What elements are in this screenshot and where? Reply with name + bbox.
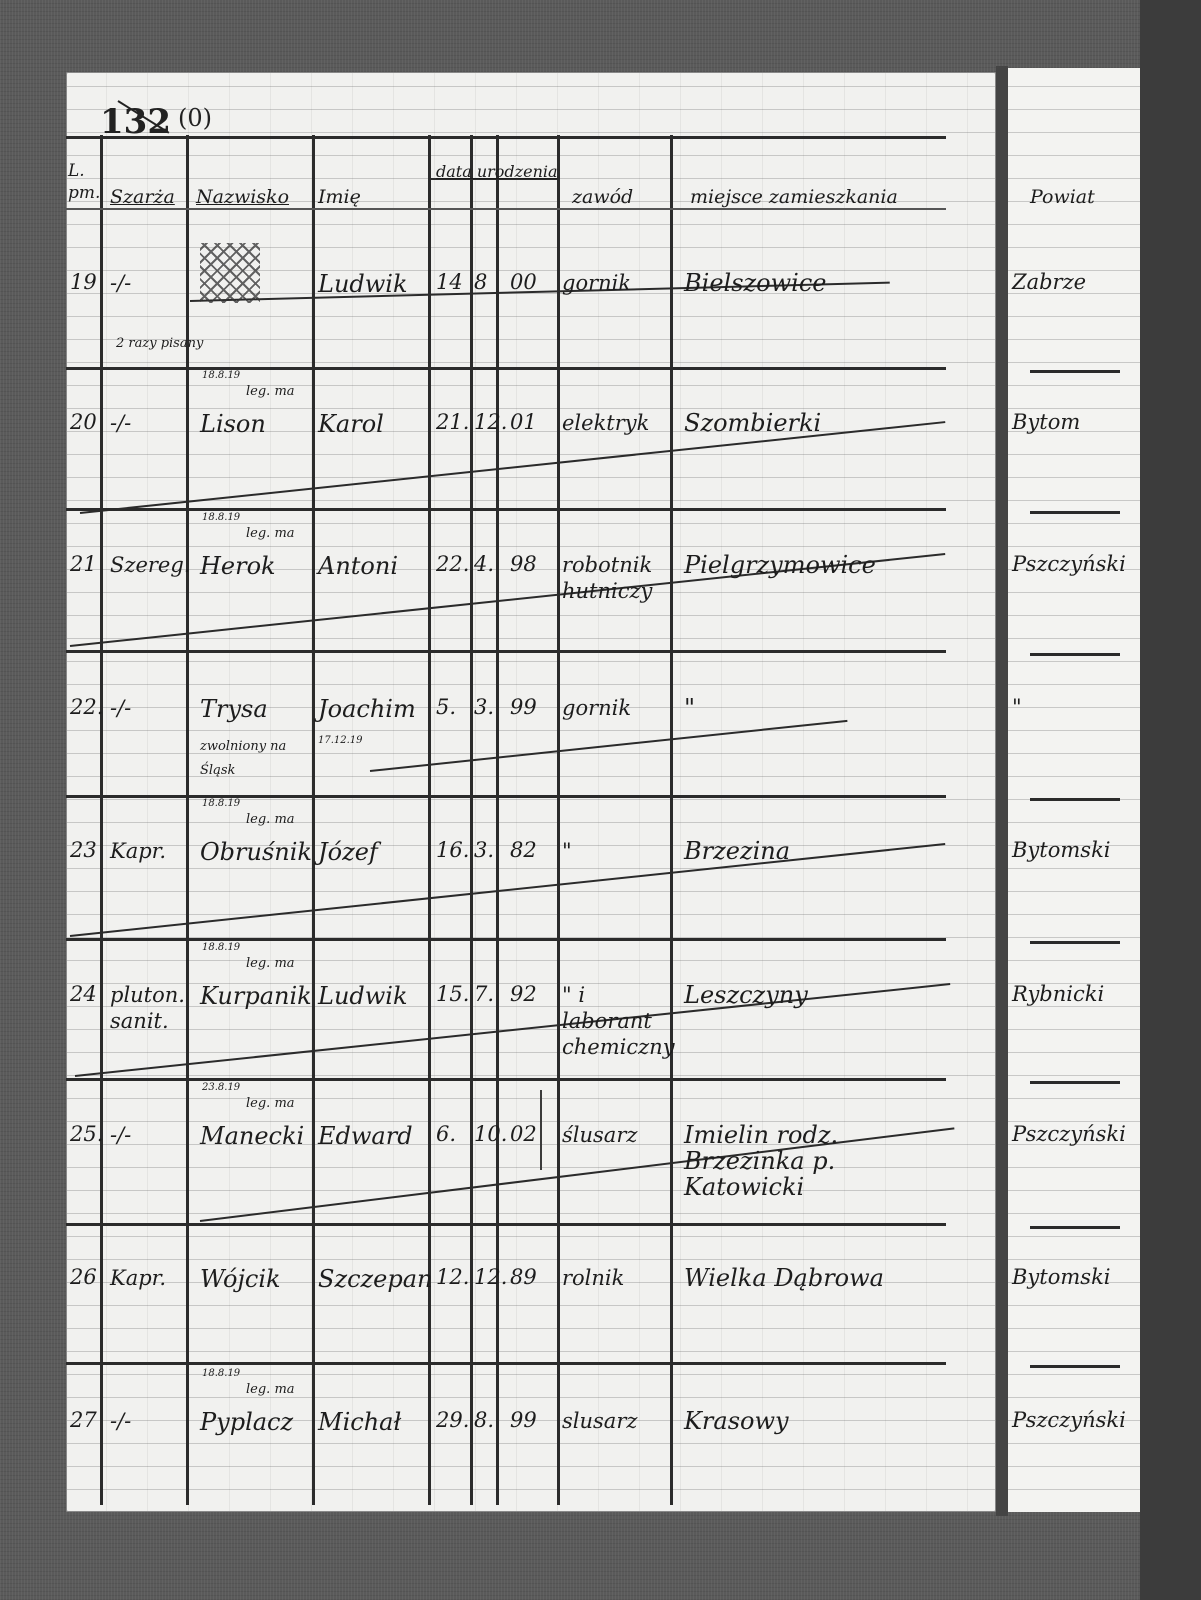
row-divider-right: [1030, 1226, 1120, 1229]
cell-district: Zabrze: [1012, 270, 1086, 294]
cell-residence: Bielszowice: [684, 270, 944, 296]
annotation-legitimation: leg. ma: [246, 526, 295, 541]
cell-district: Bytom: [1012, 410, 1080, 434]
cell-district: ": [1012, 695, 1022, 719]
header-divider: [66, 208, 946, 210]
cell-residence: Imielin rodz. Brzezinka p. Katowicki: [684, 1122, 944, 1200]
cell-occupation: gornik: [562, 695, 672, 721]
cell-surname: Trysa: [200, 695, 268, 723]
row-divider: [66, 508, 946, 511]
cell-year: 92: [510, 982, 537, 1006]
cell-lp: 22.: [70, 695, 103, 719]
column-divider: [496, 135, 499, 1505]
cell-year: 89: [510, 1265, 537, 1289]
cell-rank: Szereg.: [110, 552, 190, 578]
cell-rank: pluton. sanit.: [110, 982, 190, 1034]
annotation-date: 18.8.19: [202, 1368, 240, 1379]
cell-residence: Szombierki: [684, 410, 944, 436]
row-divider: [66, 938, 946, 941]
row-divider-right: [1030, 370, 1120, 373]
header-first-name: Imię: [318, 186, 361, 208]
cell-first-name: Joachim: [318, 695, 416, 723]
annotation-date: 23.8.19: [202, 1082, 240, 1093]
cell-occupation: robotnik hutniczy: [562, 552, 672, 604]
cell-first-name: Karol: [318, 410, 384, 438]
cell-surname: Wójcik: [200, 1265, 281, 1293]
row-divider-right: [1030, 511, 1120, 514]
cell-residence: Krasowy: [684, 1408, 944, 1434]
cell-district: Bytomski: [1012, 1265, 1111, 1289]
cell-month: 10.: [474, 1122, 507, 1146]
cell-rank: Kapr.: [110, 1265, 190, 1291]
cell-lp: 20: [70, 410, 97, 434]
annotation-date: 18.8.19: [202, 512, 240, 523]
cell-day: 12.: [436, 1265, 469, 1289]
cell-district: Rybnicki: [1012, 982, 1104, 1006]
cell-residence: Wielka Dąbrowa: [684, 1265, 944, 1291]
cell-year: 82: [510, 838, 537, 862]
row-divider: [66, 1362, 946, 1365]
cell-day: 22.: [436, 552, 469, 576]
cell-day: 29.: [436, 1408, 469, 1432]
cell-year: 99: [510, 1408, 537, 1432]
cell-district: Pszczyński: [1012, 1122, 1126, 1146]
cell-occupation: elektryk: [562, 410, 672, 436]
cell-occupation: ": [562, 838, 672, 864]
cell-district: Bytomski: [1012, 838, 1111, 862]
header-surname: Nazwisko: [196, 186, 289, 208]
page-number-alt: (0): [178, 104, 212, 132]
column-divider: [670, 135, 673, 1505]
cell-residence: Pielgrzymowice: [684, 552, 944, 578]
cell-day: 21.: [436, 410, 469, 434]
background-shadow: [1140, 0, 1201, 1600]
cell-first-name: Szczepan: [318, 1265, 433, 1293]
cell-first-name: Józef: [318, 838, 378, 866]
crossed-out-surname: [200, 243, 260, 303]
header-rank: Szarża: [110, 186, 175, 208]
cell-year: 01: [510, 410, 537, 434]
cell-year: 99: [510, 695, 537, 719]
cell-occupation: rolnik: [562, 1265, 672, 1291]
cell-day: 14: [436, 270, 463, 294]
cell-residence: ": [684, 695, 944, 721]
column-divider: [428, 135, 431, 1505]
row-note: zwolniony na Śląsk: [200, 735, 310, 783]
row-divider: [66, 367, 946, 370]
cell-lp: 27: [70, 1408, 97, 1432]
cell-district: Pszczyński: [1012, 1408, 1126, 1432]
header-residence: miejsce zamieszkania: [690, 186, 898, 208]
column-divider: [312, 135, 315, 1505]
cell-rank: -/-: [110, 695, 190, 721]
column-divider: [557, 135, 560, 1505]
cell-residence: Leszczyny: [684, 982, 944, 1008]
cell-year: 98: [510, 552, 537, 576]
row-divider: [66, 650, 946, 653]
cell-year: 00: [510, 270, 537, 294]
cell-surname: Pyplacz: [200, 1408, 293, 1436]
cell-day: 5.: [436, 695, 456, 719]
cell-rank: Kapr.: [110, 838, 190, 864]
annotation-legitimation: leg. ma: [246, 1382, 295, 1397]
cell-residence: Brzezina: [684, 838, 944, 864]
cell-first-name: Michał: [318, 1408, 401, 1436]
cell-rank: -/-: [110, 1408, 190, 1434]
annotation-date: 18.8.19: [202, 942, 240, 953]
row-divider-right: [1030, 653, 1120, 656]
column-divider: [540, 1090, 542, 1170]
cell-day: 6.: [436, 1122, 456, 1146]
column-divider: [100, 135, 103, 1505]
cell-surname: Herok: [200, 552, 276, 580]
row-divider-right: [1030, 1081, 1120, 1084]
row-divider-right: [1030, 1365, 1120, 1368]
cell-first-name: Ludwik: [318, 270, 408, 298]
header-occupation: zawód: [572, 186, 633, 208]
cell-lp: 26: [70, 1265, 97, 1289]
row-divider: [66, 136, 946, 139]
cell-rank: -/-: [110, 270, 190, 296]
cell-month: 8: [474, 270, 487, 294]
cell-surname: Manecki: [200, 1122, 304, 1150]
cell-month: 12.: [474, 410, 507, 434]
annotation-date: 17.12.19: [318, 735, 363, 746]
cell-district: Pszczyński: [1012, 552, 1126, 576]
annotation-date: 18.8.19: [202, 370, 240, 381]
column-divider: [470, 135, 473, 1505]
cell-lp: 21: [70, 552, 97, 576]
cell-month: 12.: [474, 1265, 507, 1289]
cell-lp: 19: [70, 270, 97, 294]
cell-occupation: ślusarz: [562, 1122, 672, 1148]
cell-month: 3.: [474, 695, 494, 719]
annotation-legitimation: leg. ma: [246, 1096, 295, 1111]
cell-day: 15.: [436, 982, 469, 1006]
cell-lp: 24: [70, 982, 97, 1006]
cell-month: 4.: [474, 552, 494, 576]
cell-occupation: slusarz: [562, 1408, 672, 1434]
annotation-legitimation: leg. ma: [246, 956, 295, 971]
row-divider: [66, 795, 946, 798]
row-divider: [66, 1223, 946, 1226]
cell-surname: Lison: [200, 410, 266, 438]
cell-month: 3.: [474, 838, 494, 862]
annotation-legitimation: leg. ma: [246, 812, 295, 827]
cell-occupation: gornik: [562, 270, 672, 296]
book-gutter: [996, 66, 1008, 1516]
cell-rank: -/-: [110, 410, 190, 436]
cell-first-name: Edward: [318, 1122, 413, 1150]
cell-month: 7.: [474, 982, 494, 1006]
row-divider-right: [1030, 941, 1120, 944]
header-birth-date: data urodzenia: [436, 162, 558, 181]
cell-surname: Kurpanik: [200, 982, 312, 1010]
cell-rank: -/-: [110, 1122, 190, 1148]
annotation-date: 18.8.19: [202, 798, 240, 809]
row-note: 2 razy pisany: [116, 336, 203, 351]
cell-lp: 23: [70, 838, 97, 862]
header-lp: L. pm.: [68, 160, 98, 204]
cell-year: 02: [510, 1122, 537, 1146]
cell-month: 8.: [474, 1408, 494, 1432]
cell-first-name: Ludwik: [318, 982, 408, 1010]
cell-occupation: " i laborant chemiczny: [562, 982, 672, 1060]
cell-first-name: Antoni: [318, 552, 398, 580]
cell-lp: 25.: [70, 1122, 103, 1146]
annotation-legitimation: leg. ma: [246, 384, 295, 399]
row-divider: [66, 1078, 946, 1081]
row-divider-right: [1030, 798, 1120, 801]
cell-day: 16.: [436, 838, 469, 862]
cell-surname: Obruśnik: [200, 838, 312, 866]
header-district: Powiat: [1030, 186, 1095, 208]
